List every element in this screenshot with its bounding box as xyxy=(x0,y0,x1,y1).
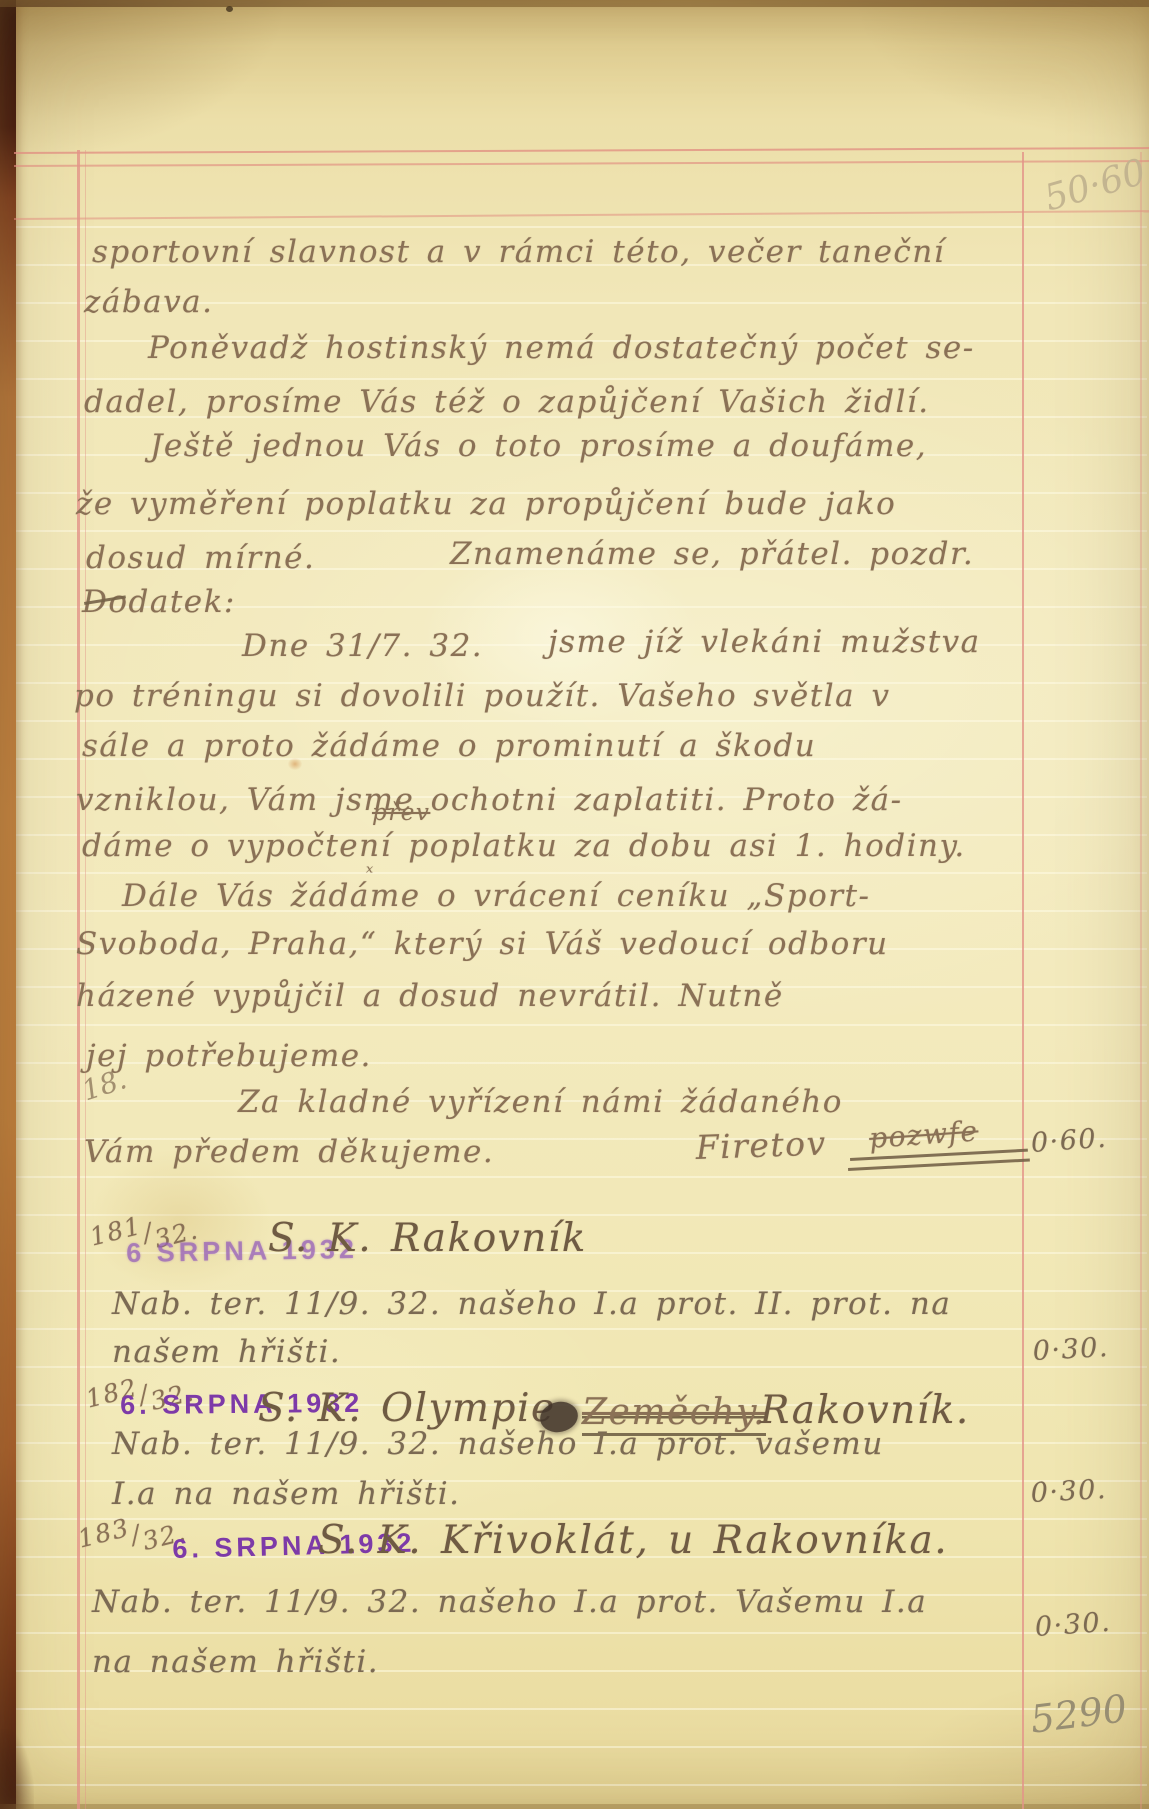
letter-line: Dále Vás žádáme o vrácení ceníku „Sport- xyxy=(122,878,871,914)
letter-line: Za kladné vyřízení námi žádaného xyxy=(238,1084,843,1120)
amount-value: 0·30. xyxy=(1032,1332,1110,1367)
amount-value: 0·60. xyxy=(1030,1123,1108,1159)
letter-line: Vám předem děkujeme. xyxy=(84,1134,494,1170)
letter-line: házené vypůjčil a dosud nevrátil. Nutně xyxy=(76,978,784,1014)
amount-value: 0·30. xyxy=(1030,1474,1108,1509)
letter-line: po tréningu si dovolili použít. Vašeho s… xyxy=(74,678,891,714)
entry-line: na našem hřišti. xyxy=(92,1644,379,1680)
letter-line: zábava. xyxy=(84,284,214,320)
crossed-out-word: přev xyxy=(372,800,430,826)
entry-number-numerator: 183 xyxy=(75,1513,133,1554)
club-name: S. K. Rakovník xyxy=(268,1216,587,1261)
letter-line: jej potřebujeme. xyxy=(86,1038,372,1074)
entry-line: Nab. ter. 11/9. 32. našeho I.a prot. II.… xyxy=(112,1286,951,1322)
letter-line: Znamenáme se, přátel. pozdr. xyxy=(450,536,974,572)
entry-line: Nab. ter. 11/9. 32. našeho I.a prot. Vaš… xyxy=(92,1584,927,1620)
amount-column-rule xyxy=(1022,152,1024,1809)
letter-line-dodatek: Dodatek: xyxy=(82,584,236,620)
signature: Firetov xyxy=(695,1123,827,1167)
letter-line: že vyměření poplatku za propůjčení bude … xyxy=(76,486,896,522)
letter-line: Ještě jednou Vás o toto prosíme a doufám… xyxy=(150,428,927,464)
right-edge-rule xyxy=(1140,152,1142,1809)
ledger-page: 50·60 5290 18. sportovní slavnost a v rá… xyxy=(0,0,1149,1809)
club-name: S. K. Olympie xyxy=(258,1386,556,1431)
letter-line: dadel, prosíme Vás též o zapůjčení Vašic… xyxy=(84,384,930,420)
entry-line: Nab. ter. 11/9. 32. našeho I.a prot. vaš… xyxy=(112,1426,884,1462)
amount-value: 0·30. xyxy=(1034,1607,1112,1643)
letter-line: vzniklou, Vám jsme ochotni zaplatiti. Pr… xyxy=(76,782,903,818)
letter-line: Svoboda, Praha,“ který si Váš vedoucí od… xyxy=(76,926,889,962)
letter-line: Poněvadž hostinský nemá dostatečný počet… xyxy=(148,330,975,366)
club-name: S. K. Křivoklát, u Rakovníka. xyxy=(318,1518,948,1563)
letter-line: Dne 31/7. 32. xyxy=(242,628,483,664)
letter-line: sále a proto žádáme o prominutí a škodu xyxy=(82,728,816,764)
letter-line: dáme o vypočtení poplatku za dobu asi 1.… xyxy=(82,828,966,864)
letter-line: jsme jíž vlekáni mužstva xyxy=(548,624,981,660)
letter-line: sportovní slavnost a v rámci této, večer… xyxy=(92,234,945,270)
letter-line: dosud mírné. xyxy=(86,540,315,576)
